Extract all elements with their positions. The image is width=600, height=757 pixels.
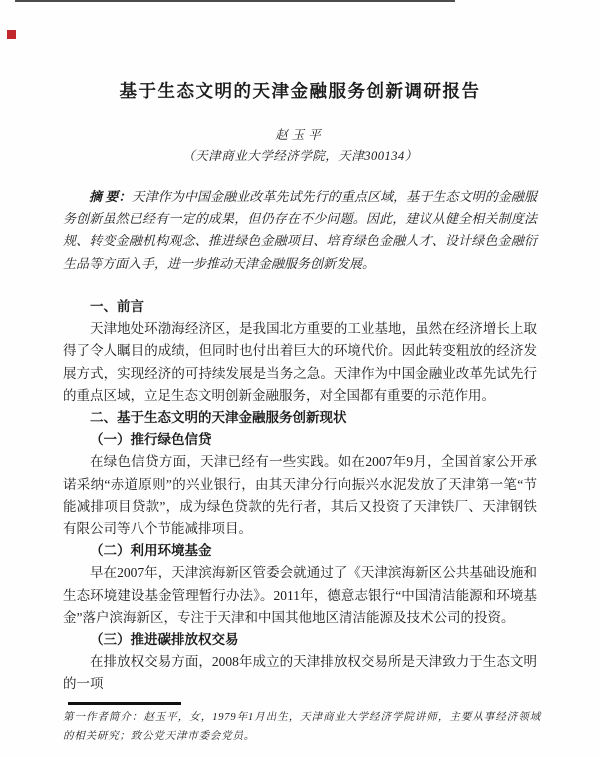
subsection-2-1-heading: （一）推行绿色信贷 [63,429,537,451]
red-stamp-mark [7,30,16,39]
subsection-2-3-heading: （三）推进碳排放权交易 [63,629,537,651]
document-body: 一、前言 天津地处环渤海经济区，是我国北方重要的工业基地，虽然在经济增长上取得了… [63,296,537,696]
subsection-2-3-paragraph: 在排放权交易方面，2008年成立的天津排放权交易所是天津致力于生态文明的一项 [63,651,537,695]
abstract-text: 天津作为中国金融业改革先试先行的重点区域，基于生态文明的金融服务创新虽然已经有一… [63,189,537,271]
section-1-heading: 一、前言 [63,296,537,318]
subsection-2-1-paragraph: 在绿色信贷方面，天津已经有一些实践。如在2007年9月，全国首家公开承诺采纳“赤… [63,451,537,540]
abstract-label: 摘 要： [89,189,132,204]
footnote-divider [68,702,181,705]
subsection-2-2-heading: （二）利用环境基金 [63,540,537,562]
abstract-paragraph: 摘 要：天津作为中国金融业改革先试先行的重点区域，基于生态文明的金融服务创新虽然… [63,186,537,275]
author-name: 赵玉平 [0,125,600,143]
section-2-heading: 二、基于生态文明的天津金融服务创新现状 [63,407,537,429]
author-affiliation: （天津商业大学经济学院，天津300134） [0,146,600,164]
footnote-text: 第一作者简介：赵玉平，女，1979年1月出生，天津商业大学经济学院讲师，主要从事… [63,709,541,746]
section-1-paragraph: 天津地处环渤海经济区，是我国北方重要的工业基地，虽然在经济增长上取得了令人瞩目的… [63,318,537,407]
subsection-2-2-paragraph: 早在2007年，天津滨海新区管委会就通过了《天津滨海新区公共基础设施和生态环境建… [63,562,537,629]
page-title: 基于生态文明的天津金融服务创新调研报告 [0,78,600,103]
document-page: 基于生态文明的天津金融服务创新调研报告 赵玉平 （天津商业大学经济学院，天津30… [0,0,600,757]
scan-edge-line [15,0,455,2]
